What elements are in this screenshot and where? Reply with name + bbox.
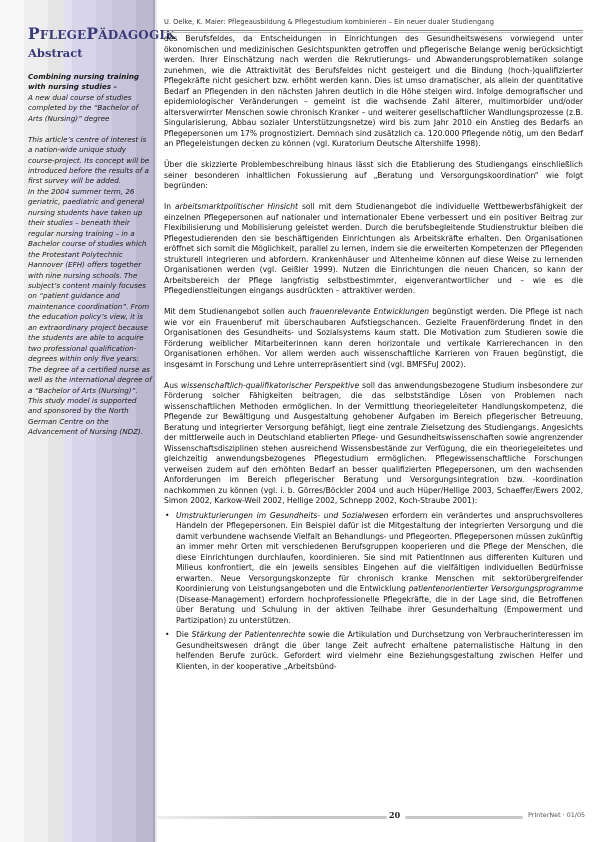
text: Aus — [164, 381, 181, 390]
logo-letter: P — [28, 24, 40, 43]
text: In — [164, 202, 175, 211]
article-body: des Berufsfeldes, da Entscheidungen in E… — [164, 34, 583, 676]
text: soll das anwendungsbezogene Studium insb… — [164, 381, 583, 506]
emphasis: patientenorientierter Versorgungsprogram… — [409, 584, 583, 593]
logo-letter: P — [86, 24, 98, 43]
abstract-lead: Combining nursing training with nursing … — [28, 72, 139, 91]
paragraph: Mit dem Studienangebot sollen auch fraue… — [164, 307, 583, 370]
journal-issue: PrInterNet · 01/05 — [528, 811, 585, 819]
emphasis: Stärkung der Patientenrechte — [192, 630, 306, 639]
abstract-paragraph: This article’s centre of interest is a n… — [28, 135, 149, 186]
footer-rule-right — [405, 816, 523, 819]
text: Die — [176, 630, 192, 639]
paragraph: In arbeitsmarktpolitischer Hinsicht soll… — [164, 202, 583, 297]
list-item: •Die Stärkung der Patientenrechte sowie … — [176, 630, 583, 672]
text: soll mit dem Studienangebot die individu… — [164, 202, 583, 295]
footer-rule-left — [157, 816, 387, 819]
sidebar-divider — [155, 0, 157, 842]
text: (Disease-Management) erfordern hochprofe… — [176, 595, 583, 625]
page-number: 20 — [389, 810, 400, 820]
emphasis: frauenrelevante Entwicklungen — [309, 307, 429, 316]
bullet-list: •Umstrukturierungen im Gesundheits- und … — [164, 511, 583, 673]
abstract-text: Combining nursing training with nursing … — [28, 72, 152, 438]
text: erfordern ein verändertes und anspruchsv… — [176, 511, 583, 594]
bullet-icon: • — [165, 630, 169, 641]
header-rule — [164, 30, 583, 31]
running-header: U. Oelke, K. Maier: Pflegeausbildung & P… — [164, 18, 583, 26]
abstract-paragraph-2: In the 2004 summer term, 26 geriatric, p… — [28, 187, 152, 436]
abstract-subtitle: A new dual course of studies completed b… — [28, 93, 138, 123]
abstract-heading: Abstract — [28, 46, 83, 60]
bullet-icon: • — [165, 511, 169, 522]
text: begünstigt werden. Die Pflege ist nach w… — [164, 307, 583, 369]
emphasis: Umstrukturierungen im Gesundheits- und S… — [176, 511, 389, 520]
emphasis: wissenschaftlich-qualifikatorischer Pers… — [181, 381, 359, 390]
list-item: •Umstrukturierungen im Gesundheits- und … — [176, 511, 583, 627]
header-rule-secondary — [164, 32, 583, 33]
text: Mit dem Studienangebot sollen auch — [164, 307, 309, 316]
paragraph: Über die skizzierte Problembeschreibung … — [164, 160, 583, 192]
paragraph: Aus wissenschaftlich-qualifikatorischer … — [164, 381, 583, 507]
logo-smallcaps: FLEGE — [40, 28, 87, 42]
paragraph: des Berufsfeldes, da Entscheidungen in E… — [164, 34, 583, 150]
journal-logo: PFLEGEPÄDAGOGIK — [28, 24, 176, 43]
emphasis: arbeitsmarktpolitischer Hinsicht — [175, 202, 298, 211]
